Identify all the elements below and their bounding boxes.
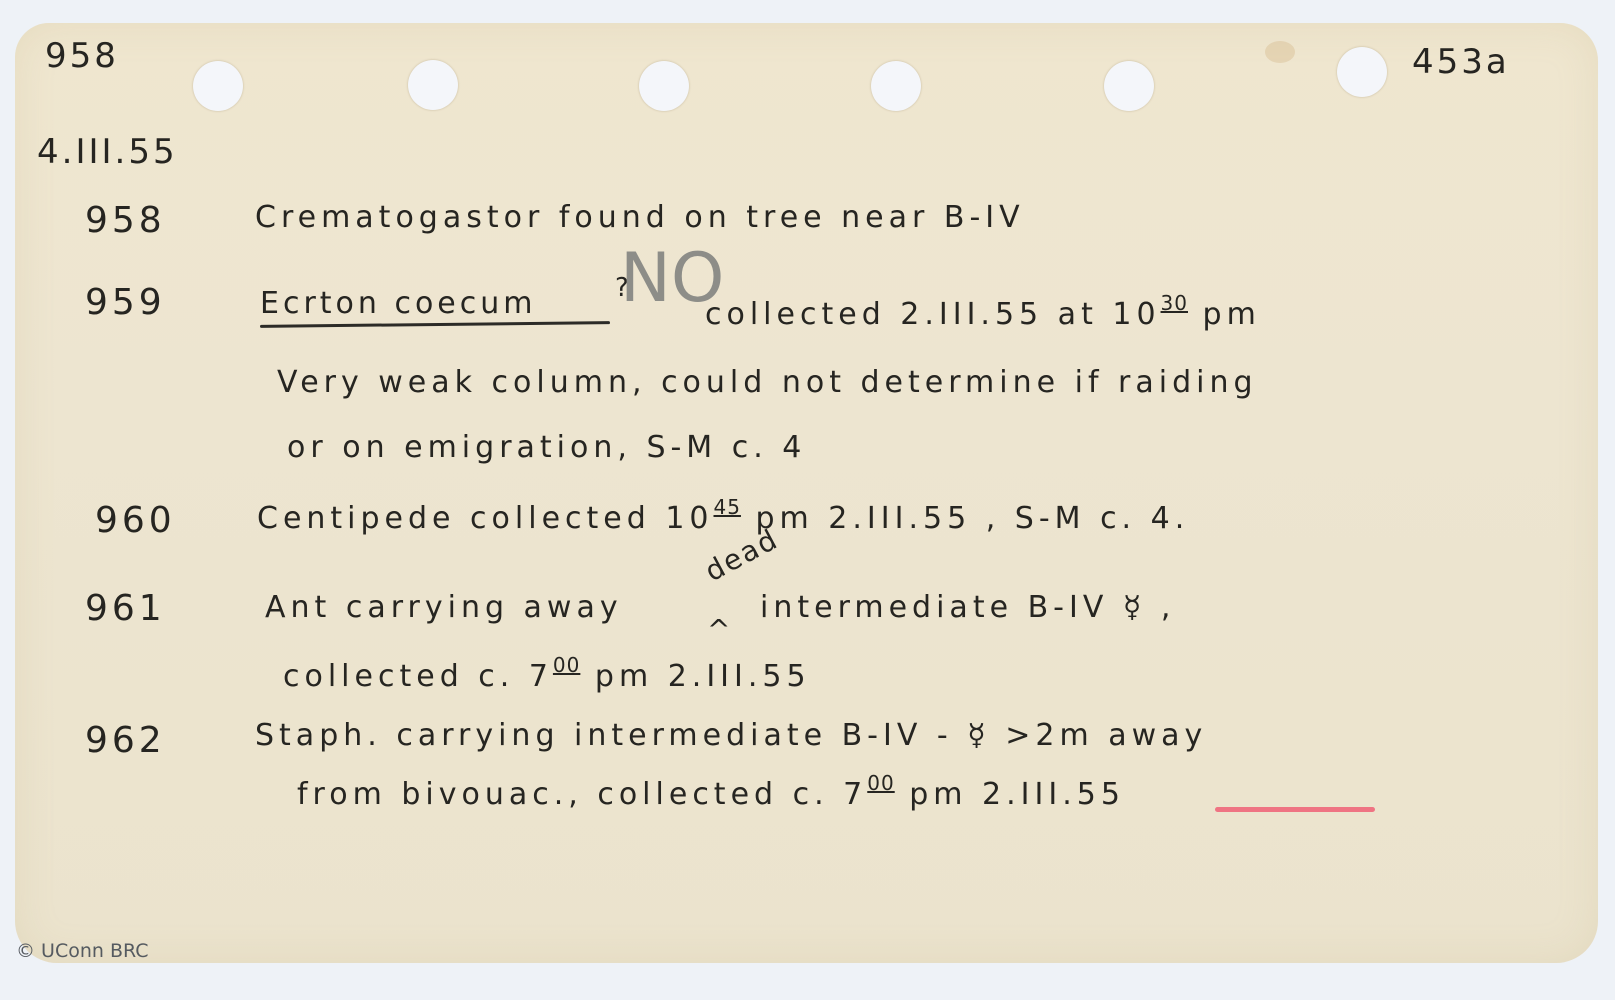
entry-960-time-minutes: 45 [714,495,741,519]
entry-959-collected: collected 2.III.55 at 1030 pm [705,293,1261,330]
species-underline [260,321,610,328]
entry-961-line2-a: collected c. 7 [283,659,553,694]
entry-959-time-minutes: 30 [1161,291,1188,315]
entry-962-time-minutes: 00 [867,771,894,795]
date-header: 4.III.55 [37,135,178,169]
entry-959-line3: or on emigration, S-M c. 4 [287,433,806,463]
entry-number-961: 961 [85,591,166,627]
entry-960-text: Centipede collected 1045 pm 2.III.55 , S… [257,497,1189,534]
card-number-top-left: 958 [45,39,119,73]
entry-959-collected-text: collected 2.III.55 at 10 [705,297,1161,332]
entry-961-line2-b: pm 2.III.55 [580,659,810,694]
entry-number-958: 958 [85,203,166,239]
entry-number-960: 960 [95,503,176,539]
entry-959-pm: pm [1188,297,1261,332]
entry-961-text-a: Ant carrying away [265,593,623,623]
copyright-notice: © UConn BRC [16,940,149,962]
paper-stain [1265,41,1295,63]
entry-number-962: 962 [85,723,166,759]
punch-hole-3 [639,61,689,111]
punch-hole-4 [871,61,921,111]
punch-hole-5 [1104,61,1154,111]
entry-959-line2: Very weak column, could not determine if… [277,368,1258,398]
entry-961-line2: collected c. 700 pm 2.III.55 [283,655,811,692]
punch-hole-6 [1337,47,1387,97]
entry-960-text-b: pm 2.III.55 , S-M c. 4. [741,501,1189,536]
entry-962-line1: Staph. carrying intermediate B-IV - ☿ >2… [255,721,1207,751]
punch-hole-2 [408,60,458,110]
red-highlight-underline [1215,807,1375,812]
entry-962-line2: from bivouac., collected c. 700 pm 2.III… [297,773,1125,810]
entry-959-species: Ecrton coecum [260,289,537,319]
punch-hole-1 [193,61,243,111]
field-note-card: 958 453a 4.III.55 958 Crematogastor foun… [15,23,1598,963]
card-number-top-right: 453a [1412,45,1510,79]
entry-961-text-b: intermediate B-IV ☿ , [760,593,1175,623]
entry-961-time-minutes: 00 [553,653,580,677]
entry-960-text-a: Centipede collected 10 [257,501,714,536]
entry-958-text: Crematogastor found on tree near B-IV [255,203,1025,233]
insert-caret: ^ [707,613,730,646]
entry-number-959: 959 [85,285,166,321]
entry-962-line2-a: from bivouac., collected c. 7 [297,777,867,812]
entry-962-line2-b: pm 2.III.55 [895,777,1125,812]
